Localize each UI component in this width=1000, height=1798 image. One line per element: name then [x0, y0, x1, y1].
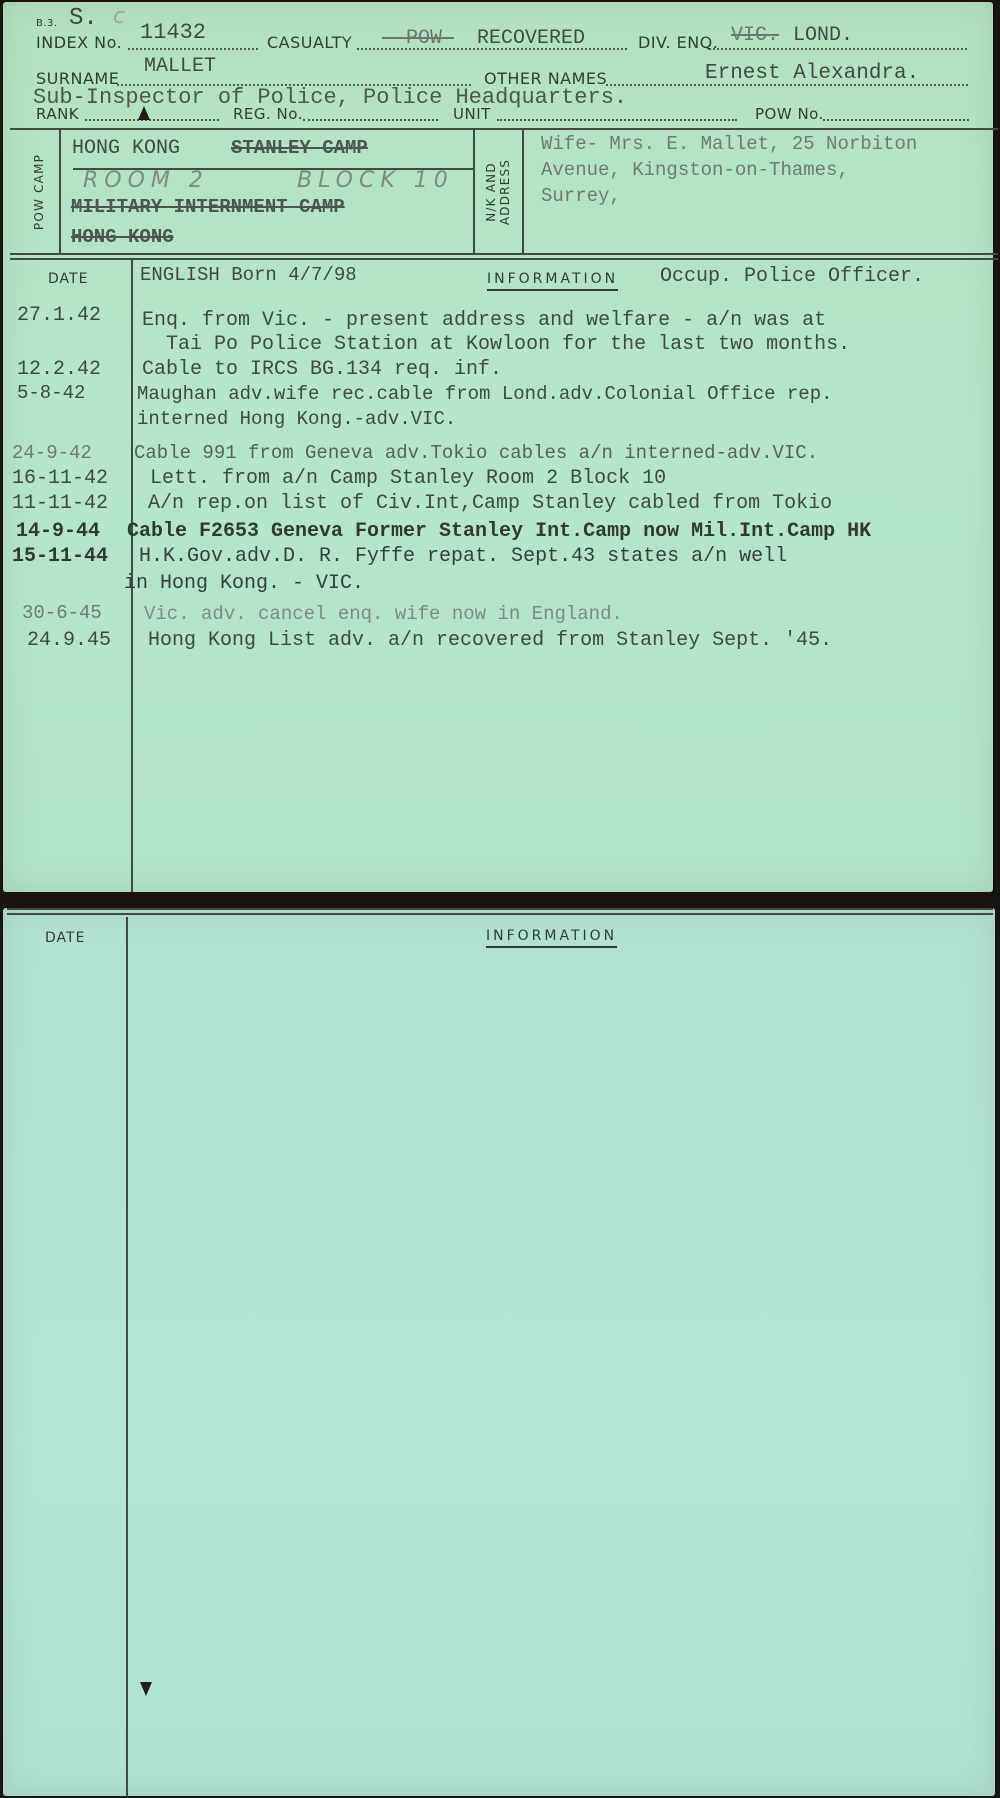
rank-value: Sub-Inspector of Police, Police Headquar… — [33, 85, 627, 110]
entry-date: 30-6-45 — [22, 602, 102, 624]
pow-no-label: POW No. — [755, 105, 824, 123]
record-card-front: B.3. S. c INDEX No. 11432 CASUALTY --POW… — [3, 2, 993, 892]
nk-address-line: Wife- Mrs. E. Mallet, 25 Norbiton — [541, 133, 917, 155]
nationality-line: ENGLISH Born 4/7/98 — [140, 264, 357, 286]
div-enq-label: DIV. ENQ. — [638, 33, 718, 52]
pow-camp-block-handwritten: BLOCK 10 — [297, 168, 454, 193]
entry-text: Maughan adv.wife rec.cable from Lond.adv… — [137, 383, 833, 405]
entry-date: 12.2.42 — [17, 358, 101, 381]
divider — [10, 253, 998, 255]
divider — [59, 130, 61, 254]
entry-date: 14-9-44 — [16, 520, 100, 543]
entry-text: Tai Po Police Station at Kowloon for the… — [142, 333, 850, 356]
casualty-value: RECOVERED — [477, 27, 585, 50]
divider — [7, 913, 993, 915]
index-label: INDEX No. — [36, 33, 122, 52]
entry-text: H.K.Gov.adv.D. R. Fyffe repat. Sept.43 s… — [139, 545, 787, 568]
pow-camp-line3-struck: MILITARY INTERNMENT CAMP — [71, 196, 345, 218]
div-enq-struck: VIC. — [731, 24, 779, 47]
entry-date: 15-11-44 — [12, 545, 108, 568]
pencil-mark: c — [113, 4, 125, 29]
date-header: DATE — [45, 930, 85, 946]
casualty-label: CASUALTY — [267, 33, 352, 52]
entry-text: Hong Kong List adv. a/n recovered from S… — [148, 629, 832, 652]
index-dots — [128, 48, 258, 50]
entry-date: 24.9.45 — [27, 629, 111, 652]
reg-no-label: REG. No. — [233, 105, 303, 123]
nk-address-line: Avenue, Kingston-on-Thames, — [541, 159, 849, 181]
entry-text: interned Hong Kong.-adv.VIC. — [137, 408, 456, 430]
nk-address-label: N/K AND ADDRESS — [484, 142, 512, 242]
pow-camp-line1: HONG KONG — [72, 137, 180, 160]
unit-label: UNIT — [453, 105, 491, 123]
divider — [7, 908, 993, 910]
record-card-back: DATE INFORMATION — [3, 908, 995, 1796]
pow-camp-label: POW CAMP — [32, 142, 46, 242]
nk-label-line2: ADDRESS — [498, 142, 512, 242]
entry-date: 16-11-42 — [12, 467, 108, 490]
divider — [10, 258, 998, 260]
information-header: INFORMATION — [487, 271, 618, 291]
other-names-value: Ernest Alexandra. — [705, 62, 919, 85]
pow-camp-line4-struck: HONG KONG — [71, 226, 174, 248]
top-code-label: B.3. — [36, 18, 58, 29]
entry-text: Enq. from Vic. - present address and wel… — [142, 309, 826, 332]
date-header: DATE — [48, 271, 88, 287]
entry-date: 24-9-42 — [12, 442, 92, 464]
divider — [10, 128, 998, 130]
entry-text: in Hong Kong. - VIC. — [124, 572, 364, 595]
entry-date: 27.1.42 — [17, 304, 101, 327]
divider — [473, 130, 475, 254]
reg-no-dots — [303, 119, 438, 121]
entry-text: A/n rep.on list of Civ.Int,Camp Stanley … — [148, 492, 832, 515]
unit-dots — [497, 119, 737, 121]
rank-label: RANK — [36, 105, 79, 123]
entry-date: 11-11-42 — [12, 492, 108, 515]
casualty-struck: --POW- — [382, 27, 454, 50]
nk-label-line1: N/K AND — [484, 142, 498, 242]
entry-text: Vic. adv. cancel enq. wife now in Englan… — [144, 603, 623, 625]
rank-dots — [85, 119, 219, 121]
entry-text: Lett. from a/n Camp Stanley Room 2 Block… — [150, 467, 666, 490]
div-enq-value: LOND. — [793, 24, 853, 47]
top-code-value: S. — [69, 5, 98, 32]
pow-camp-room-handwritten: ROOM 2 — [83, 168, 209, 193]
pow-camp-line1-struck: STANLEY CAMP — [231, 137, 368, 159]
entry-date: 5-8-42 — [17, 382, 85, 404]
date-column-divider — [126, 917, 128, 1797]
nk-address-line: Surrey, — [541, 185, 621, 207]
surname-value: MALLET — [144, 55, 216, 78]
pin-mark-icon — [138, 106, 150, 120]
divider — [522, 130, 524, 254]
information-header: INFORMATION — [486, 928, 617, 948]
ink-spot-icon — [140, 1682, 152, 1696]
pow-no-dots — [823, 119, 969, 121]
occupation: Occup. Police Officer. — [660, 265, 924, 288]
entry-text: Cable 991 from Geneva adv.Tokio cables a… — [134, 442, 818, 464]
entry-text: Cable to IRCS BG.134 req. inf. — [142, 358, 502, 381]
div-enq-dots — [709, 48, 967, 50]
index-value: 11432 — [140, 20, 206, 45]
entry-text: Cable F2653 Geneva Former Stanley Int.Ca… — [127, 520, 871, 543]
